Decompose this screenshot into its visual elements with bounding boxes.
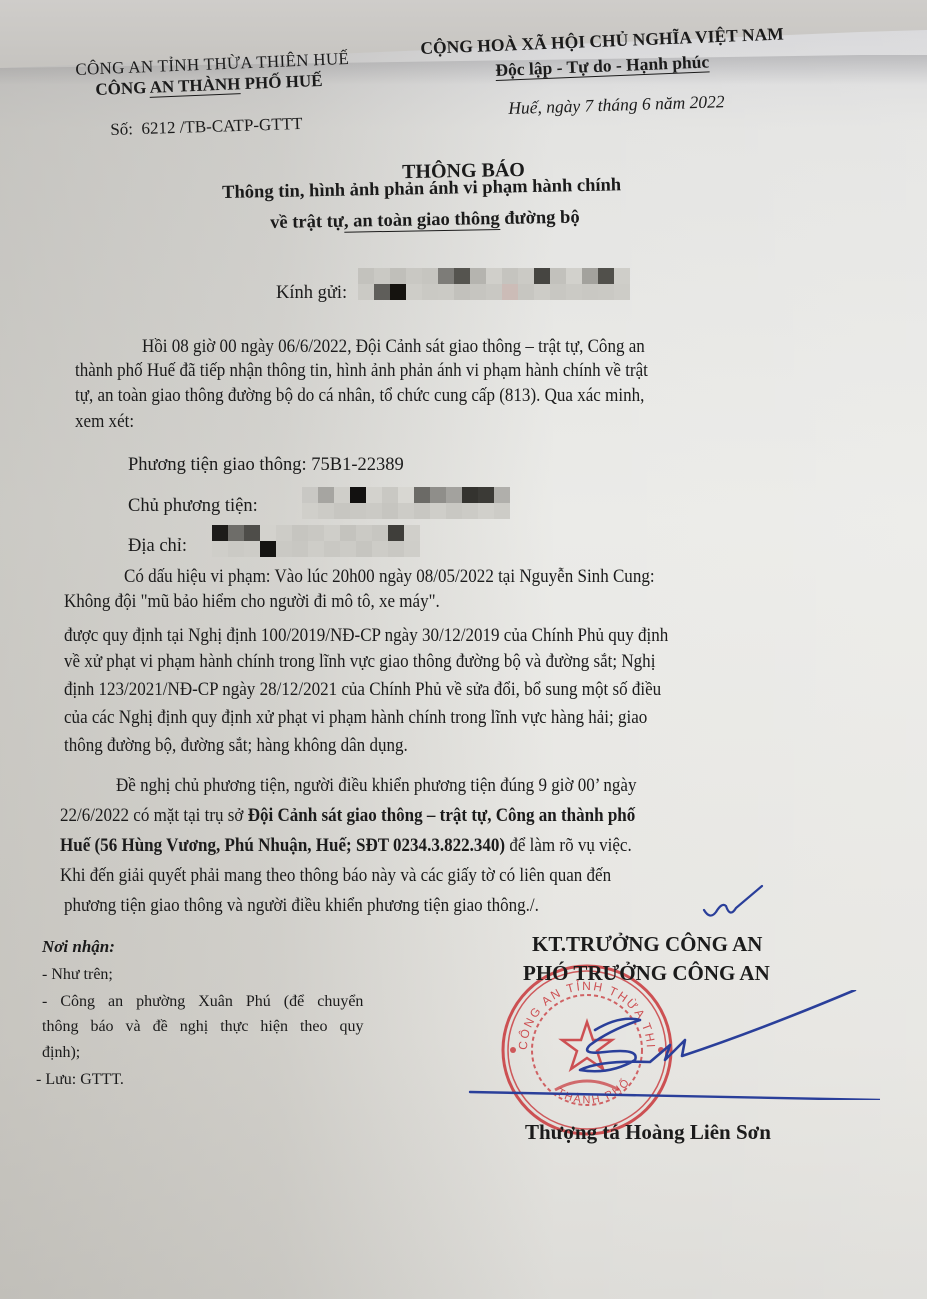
legal-line-2: về xử phạt vi phạm hành chính trong lĩnh…	[64, 652, 655, 673]
subtitle-suffix: đường bộ	[499, 208, 579, 229]
legal-line-3: định 123/2021/NĐ-CP ngày 28/12/2021 của …	[64, 680, 661, 701]
document-content: CÔNG AN TỈNH THỪA THIÊN HUẾ CÔNG AN THÀN…	[0, 0, 927, 1299]
recipient-item-3: - Lưu: GTTT.	[36, 1071, 124, 1089]
recipient-item-2-cont: thông báo và đề nghị thực hiện theo quy	[42, 1018, 364, 1036]
signer-name: Thượng tá Hoàng Liên Sơn	[525, 1120, 771, 1145]
org-name-underlined: AN THÀNH	[149, 74, 241, 98]
handwritten-tick-icon	[700, 882, 780, 922]
violation-line-1: Có dấu hiệu vi phạm: Vào lúc 20h00 ngày …	[124, 567, 655, 588]
signer-title-2: PHÓ TRƯỞNG CÔNG AN	[523, 961, 770, 986]
addressee-label: Kính gửi:	[276, 283, 347, 304]
field-address: Địa chỉ:	[128, 536, 187, 557]
police-unit-name: Đội Cảnh sát giao thông – trật tự, Công …	[248, 806, 636, 826]
recipient-item-1: - Như trên;	[42, 966, 113, 984]
national-motto: Độc lập - Tự do - Hạnh phúc	[495, 51, 710, 81]
request-line-4: Khi đến giải quyết phải mang theo thông …	[60, 866, 611, 887]
intro-line-1: Hồi 08 giờ 00 ngày 06/6/2022, Đội Cảnh s…	[142, 337, 645, 358]
doc-number-label: Số:	[110, 119, 133, 139]
request-line-3: Huế (56 Hùng Vương, Phú Nhuận, Huế; SĐT …	[60, 836, 632, 857]
request-line-3-suffix: để làm rõ vụ việc.	[505, 836, 632, 856]
legal-line-1: được quy định tại Nghị định 100/2019/NĐ-…	[64, 626, 668, 647]
request-line-5: phương tiện giao thông và người điều khi…	[64, 896, 539, 917]
vehicle-label: Phương tiện giao thông:	[128, 455, 307, 475]
police-unit-address: Huế (56 Hùng Vương, Phú Nhuận, Huế; SĐT …	[60, 836, 505, 856]
subtitle-prefix: về trật tự	[270, 212, 344, 233]
national-title: CỘNG HOÀ XÃ HỘI CHỦ NGHĨA VIỆT NAM	[420, 23, 784, 59]
request-line-2: 22/6/2022 có mặt tại trụ sở Đội Cảnh sát…	[60, 806, 635, 827]
place-date: Huế, ngày 7 tháng 6 năm 2022	[508, 91, 725, 119]
intro-line-3: tự, an toàn giao thông đường bộ do cá nh…	[75, 386, 644, 407]
legal-line-4: của các Nghị định quy định xử phạt vi ph…	[64, 708, 647, 729]
violation-line-2: Không đội "mũ bảo hiểm cho người đi mô t…	[64, 592, 440, 613]
legal-line-5: thông đường bộ, đường sắt; hàng không dâ…	[64, 736, 408, 757]
doc-number-value: 6212 /TB-CATP-GTTT	[141, 114, 303, 138]
vehicle-plate: 75B1-22389	[311, 455, 404, 475]
signer-title-1: KT.TRƯỞNG CÔNG AN	[532, 932, 762, 957]
org-name-suffix: PHỐ HUẾ	[240, 71, 323, 93]
recipient-item-2: - Công an phường Xuân Phú (để chuyển	[42, 993, 363, 1011]
handwritten-signature-icon	[460, 990, 880, 1100]
request-line-1: Đề nghị chủ phương tiện, người điều khiể…	[116, 776, 636, 797]
subtitle-underlined: , an toàn giao thông	[344, 209, 500, 233]
subtitle-line-2: về trật tự, an toàn giao thông đường bộ	[270, 208, 580, 234]
field-owner: Chủ phương tiện:	[128, 496, 258, 517]
recipient-item-2-end: định);	[42, 1044, 80, 1062]
intro-line-4: xem xét:	[75, 412, 134, 433]
recipients-heading: Nơi nhận:	[42, 937, 115, 957]
field-vehicle: Phương tiện giao thông: 75B1-22389	[128, 455, 404, 476]
request-line-2-prefix: 22/6/2022 có mặt tại trụ sở	[60, 806, 248, 826]
intro-line-2: thành phố Huế đã tiếp nhận thông tin, hì…	[75, 361, 648, 382]
org-name-prefix: CÔNG	[95, 78, 150, 99]
doc-number: Số: 6212 /TB-CATP-GTTT	[110, 114, 303, 140]
